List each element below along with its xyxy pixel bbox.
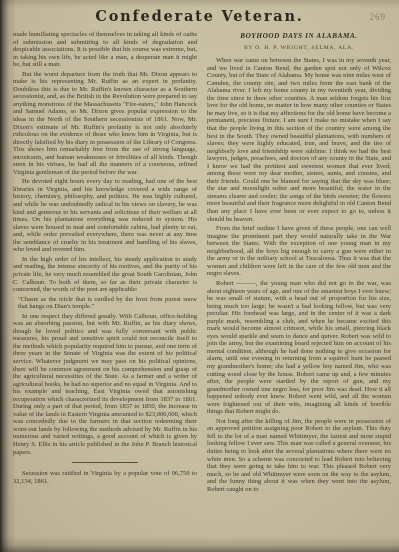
footnote-paragraph: Secession was ratified in Virginia by a … <box>13 470 197 485</box>
article-title: BOYHOOD DAYS IN ALABAMA. <box>207 33 391 41</box>
left-column: made humiliating spectacles of themselve… <box>13 31 197 495</box>
page-number: 269 <box>370 12 387 22</box>
masthead-title: Confederate Veteran. <box>0 8 399 25</box>
scanned-magazine-page: Confederate Veteran. 269 made humiliatin… <box>0 0 399 552</box>
right-column: BOYHOOD DAYS IN ALABAMA. BY O. H. P. WRI… <box>207 31 391 495</box>
article-paragraph: Not long after the killing of Jim, the p… <box>207 418 391 493</box>
article-paragraph: From the brief outline I have given of t… <box>207 225 391 278</box>
article-paragraph: When war came on between the States, I w… <box>207 57 391 223</box>
section-divider <box>72 462 138 463</box>
poetry-quote: "Chaste as the icicle that is curdled by… <box>13 296 197 311</box>
article-paragraph: But the worst departure from the truth t… <box>13 71 197 177</box>
article-paragraph: made humiliating spectacles of themselve… <box>13 31 197 69</box>
article-paragraph: In one respect they differed greatly. Wi… <box>13 313 197 456</box>
article-byline: BY O. H. P. WRIGHT, SELMA, ALA. <box>207 45 391 53</box>
two-column-body: made humiliating spectacles of themselve… <box>13 31 391 495</box>
article-paragraph: Robert ———, the young man who did not go… <box>207 280 391 416</box>
article-paragraph: In the high order of his intellect, his … <box>13 256 197 294</box>
article-paragraph: He devoted eight hours every day to read… <box>13 178 197 253</box>
